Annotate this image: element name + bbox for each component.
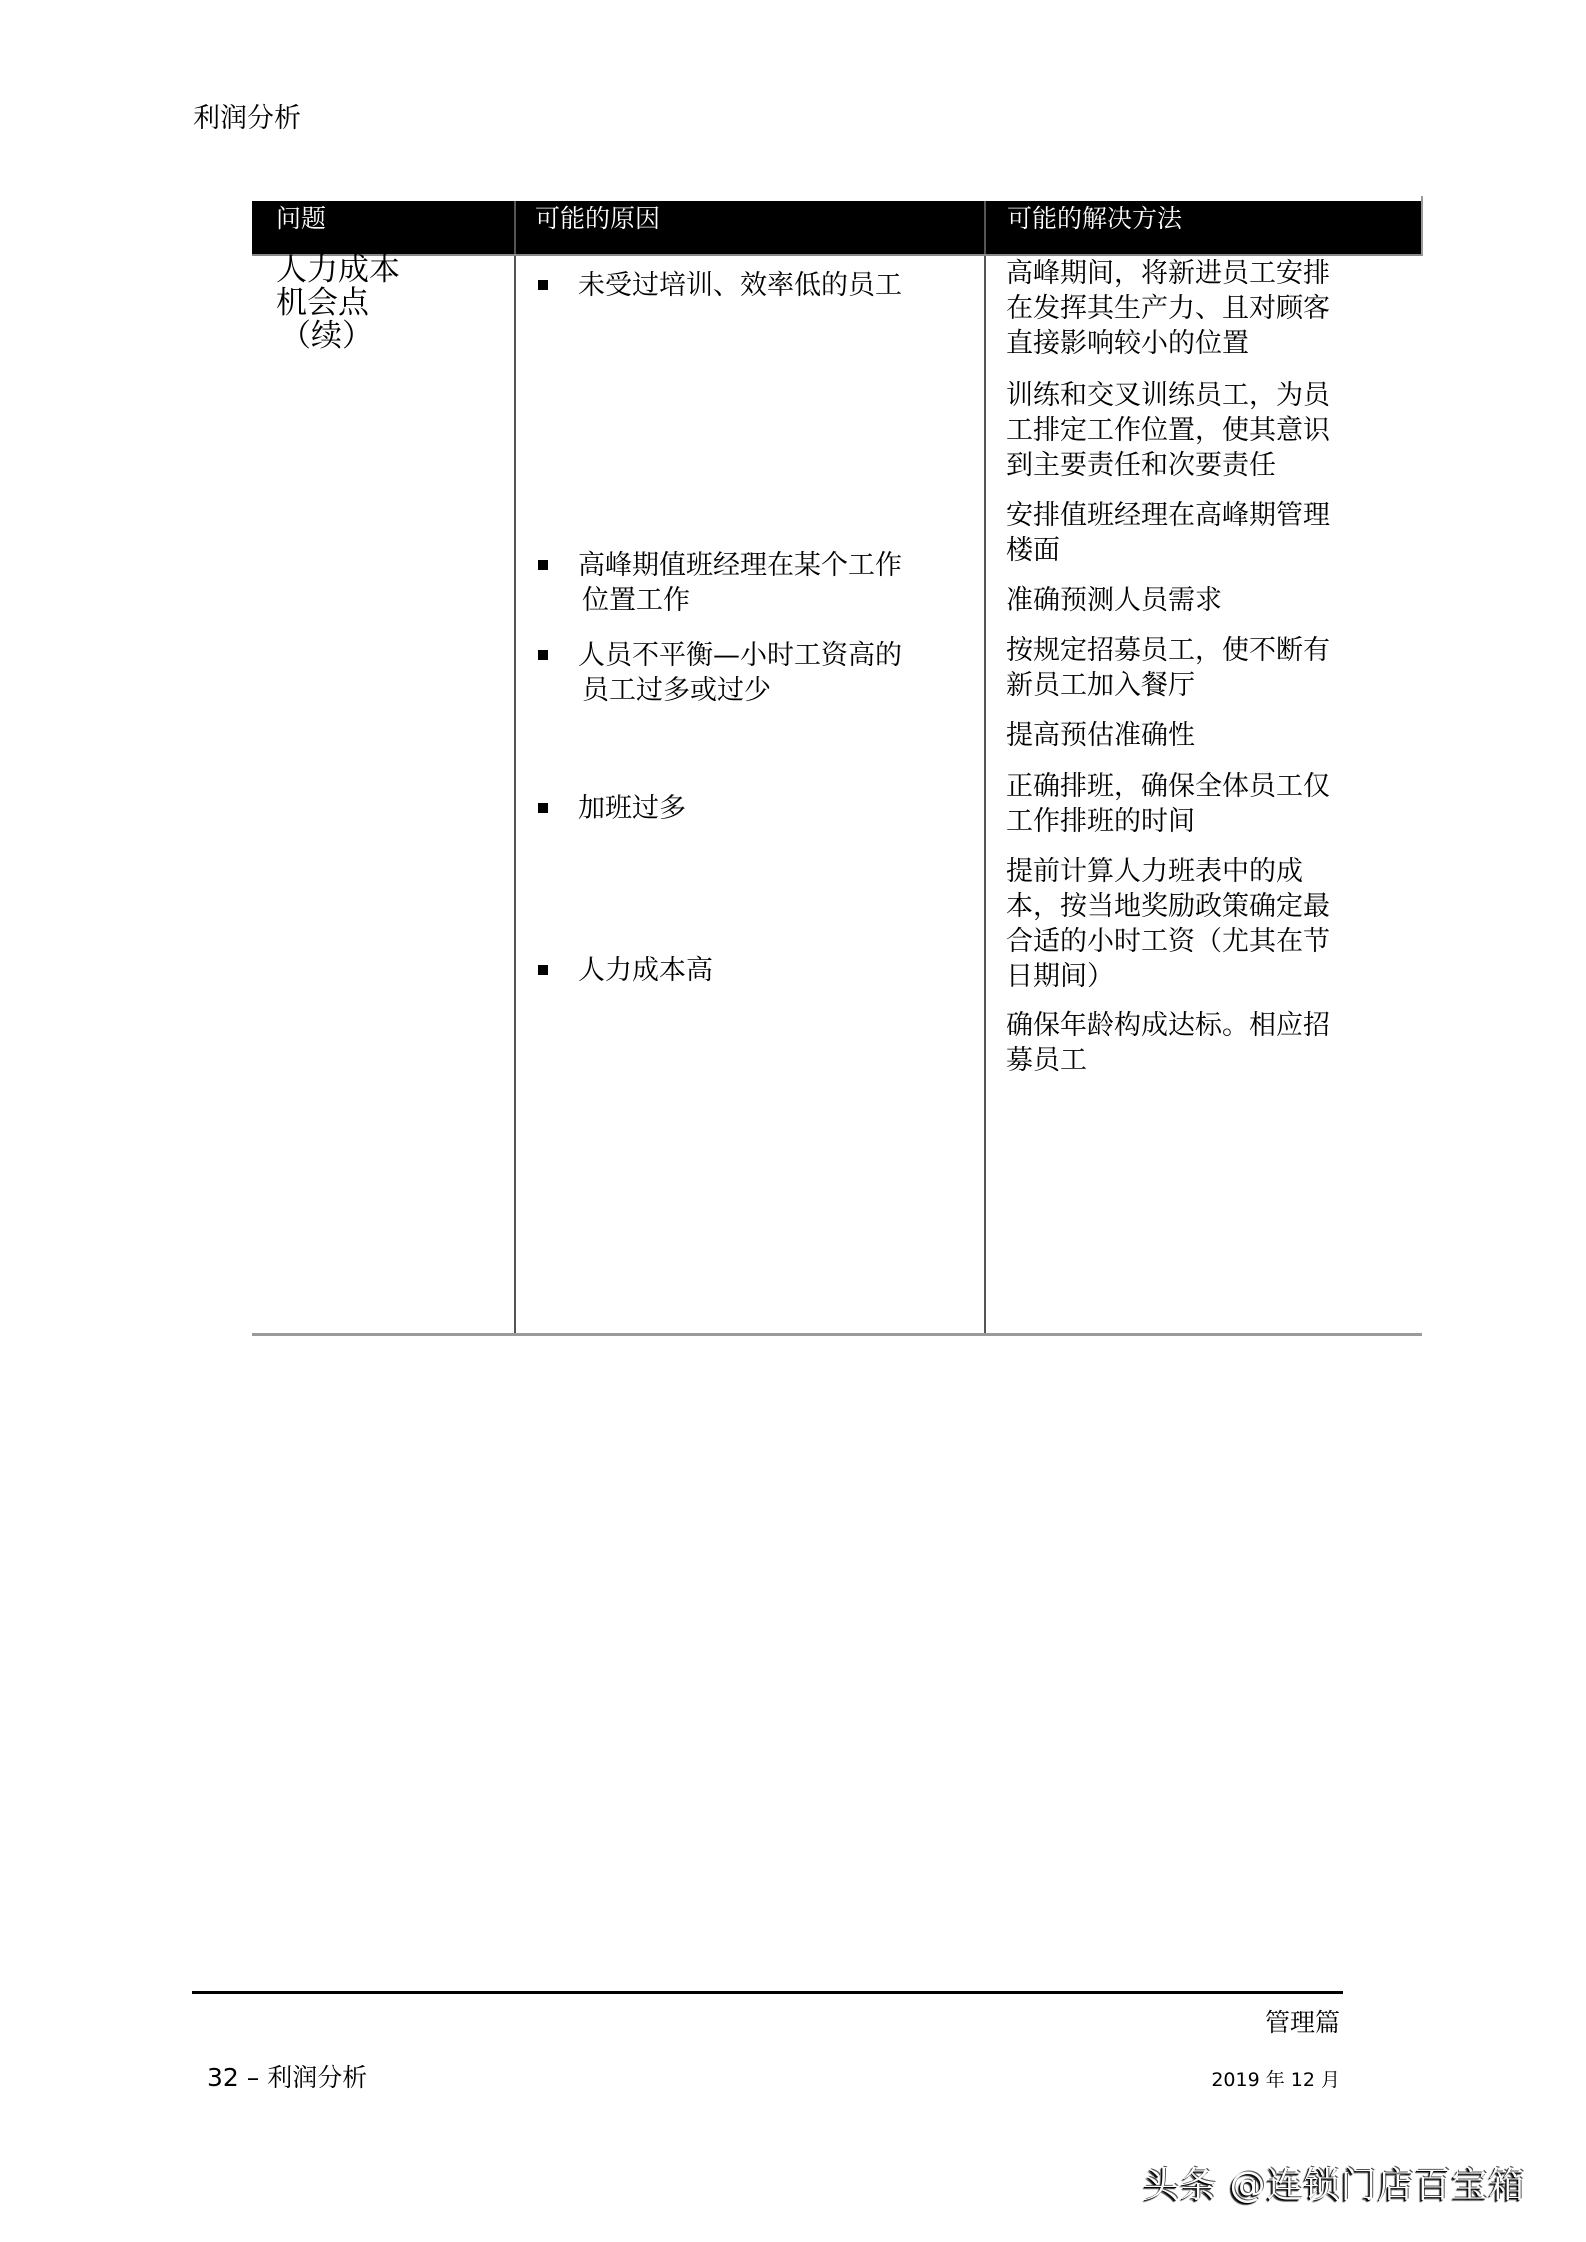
solution-line: 确保年龄构成达标。相应招 xyxy=(1006,1008,1330,1043)
cause-line: 人员不平衡—小时工资高的 xyxy=(578,638,902,673)
problem-line: 机会点 xyxy=(276,287,400,320)
solution-line: 新员工加入餐厅 xyxy=(1006,668,1330,703)
bullet-square-icon xyxy=(538,650,548,660)
solution-item: 准确预测人员需求 xyxy=(1006,583,1222,618)
solution-line: 合适的小时工资（尤其在节 xyxy=(1006,924,1330,959)
solution-line: 在发挥其生产力、且对顾客 xyxy=(1006,291,1330,326)
footer-divider xyxy=(192,1991,1343,1994)
solution-line: 工排定工作位置，使其意识 xyxy=(1006,413,1330,448)
solution-item: 按规定招募员工，使不断有 新员工加入餐厅 xyxy=(1006,633,1330,703)
header-solutions: 可能的解决方法 xyxy=(1007,203,1182,235)
solution-line: 直接影响较小的位置 xyxy=(1006,326,1330,361)
cause-line: 加班过多 xyxy=(578,791,686,826)
footer-section-label: 管理篇 xyxy=(1265,2008,1340,2038)
solution-line: 按规定招募员工，使不断有 xyxy=(1006,633,1330,668)
solution-line: 本，按当地奖励政策确定最 xyxy=(1006,889,1330,924)
watermark: 头条 @连锁门店百宝箱 xyxy=(1143,2164,1525,2208)
footer-page-label: 32 – 利润分析 xyxy=(207,2063,367,2093)
solution-item: 确保年龄构成达标。相应招 募员工 xyxy=(1006,1008,1330,1078)
solution-item: 提高预估准确性 xyxy=(1006,718,1195,753)
solution-item: 提前计算人力班表中的成 本，按当地奖励政策确定最 合适的小时工资（尤其在节 日期… xyxy=(1006,854,1330,994)
solution-line: 准确预测人员需求 xyxy=(1006,583,1222,618)
table-bottom-border xyxy=(252,1333,1422,1336)
column-divider-2 xyxy=(984,201,986,1335)
table-header: 问题 可能的原因 可能的解决方法 xyxy=(252,201,1421,254)
bullet-square-icon xyxy=(538,280,548,290)
solution-item: 高峰期间，将新进员工安排 在发挥其生产力、且对顾客 直接影响较小的位置 xyxy=(1006,256,1330,361)
solution-line: 募员工 xyxy=(1006,1043,1330,1078)
solution-line: 提前计算人力班表中的成 xyxy=(1006,854,1330,889)
solution-line: 日期间） xyxy=(1006,959,1330,994)
solution-line: 提高预估准确性 xyxy=(1006,718,1195,753)
solution-line: 训练和交叉训练员工，为员 xyxy=(1006,378,1330,413)
bullet-square-icon xyxy=(538,803,548,813)
cause-line: 人力成本高 xyxy=(578,953,713,988)
solution-line: 楼面 xyxy=(1006,533,1330,568)
cause-line: 位置工作 xyxy=(578,583,902,618)
header-problem: 问题 xyxy=(276,203,326,235)
problem-line: 人力成本 xyxy=(276,254,400,287)
solution-item: 训练和交叉训练员工，为员 工排定工作位置，使其意识 到主要责任和次要责任 xyxy=(1006,378,1330,483)
problem-line: （续） xyxy=(276,320,400,353)
bullet-square-icon xyxy=(538,560,548,570)
solution-item: 安排值班经理在高峰期管理 楼面 xyxy=(1006,498,1330,568)
problem-cell: 人力成本 机会点 （续） xyxy=(276,254,400,353)
header-causes: 可能的原因 xyxy=(535,203,660,235)
header-right-edge xyxy=(1421,196,1423,256)
solution-line: 到主要责任和次要责任 xyxy=(1006,448,1330,483)
bullet-square-icon xyxy=(538,965,548,975)
cause-line: 高峰期值班经理在某个工作 xyxy=(578,548,902,583)
solution-line: 正确排班，确保全体员工仅 xyxy=(1006,769,1330,804)
solution-line: 工作排班的时间 xyxy=(1006,804,1330,839)
solution-line: 高峰期间，将新进员工安排 xyxy=(1006,256,1330,291)
running-title: 利润分析 xyxy=(193,102,301,136)
cause-line: 员工过多或过少 xyxy=(578,673,902,708)
cause-line: 未受过培训、效率低的员工 xyxy=(578,268,902,303)
solution-line: 安排值班经理在高峰期管理 xyxy=(1006,498,1330,533)
footer-date: 2019 年 12 月 xyxy=(1211,2068,1340,2092)
solution-item: 正确排班，确保全体员工仅 工作排班的时间 xyxy=(1006,769,1330,839)
column-divider-1 xyxy=(514,201,516,1335)
